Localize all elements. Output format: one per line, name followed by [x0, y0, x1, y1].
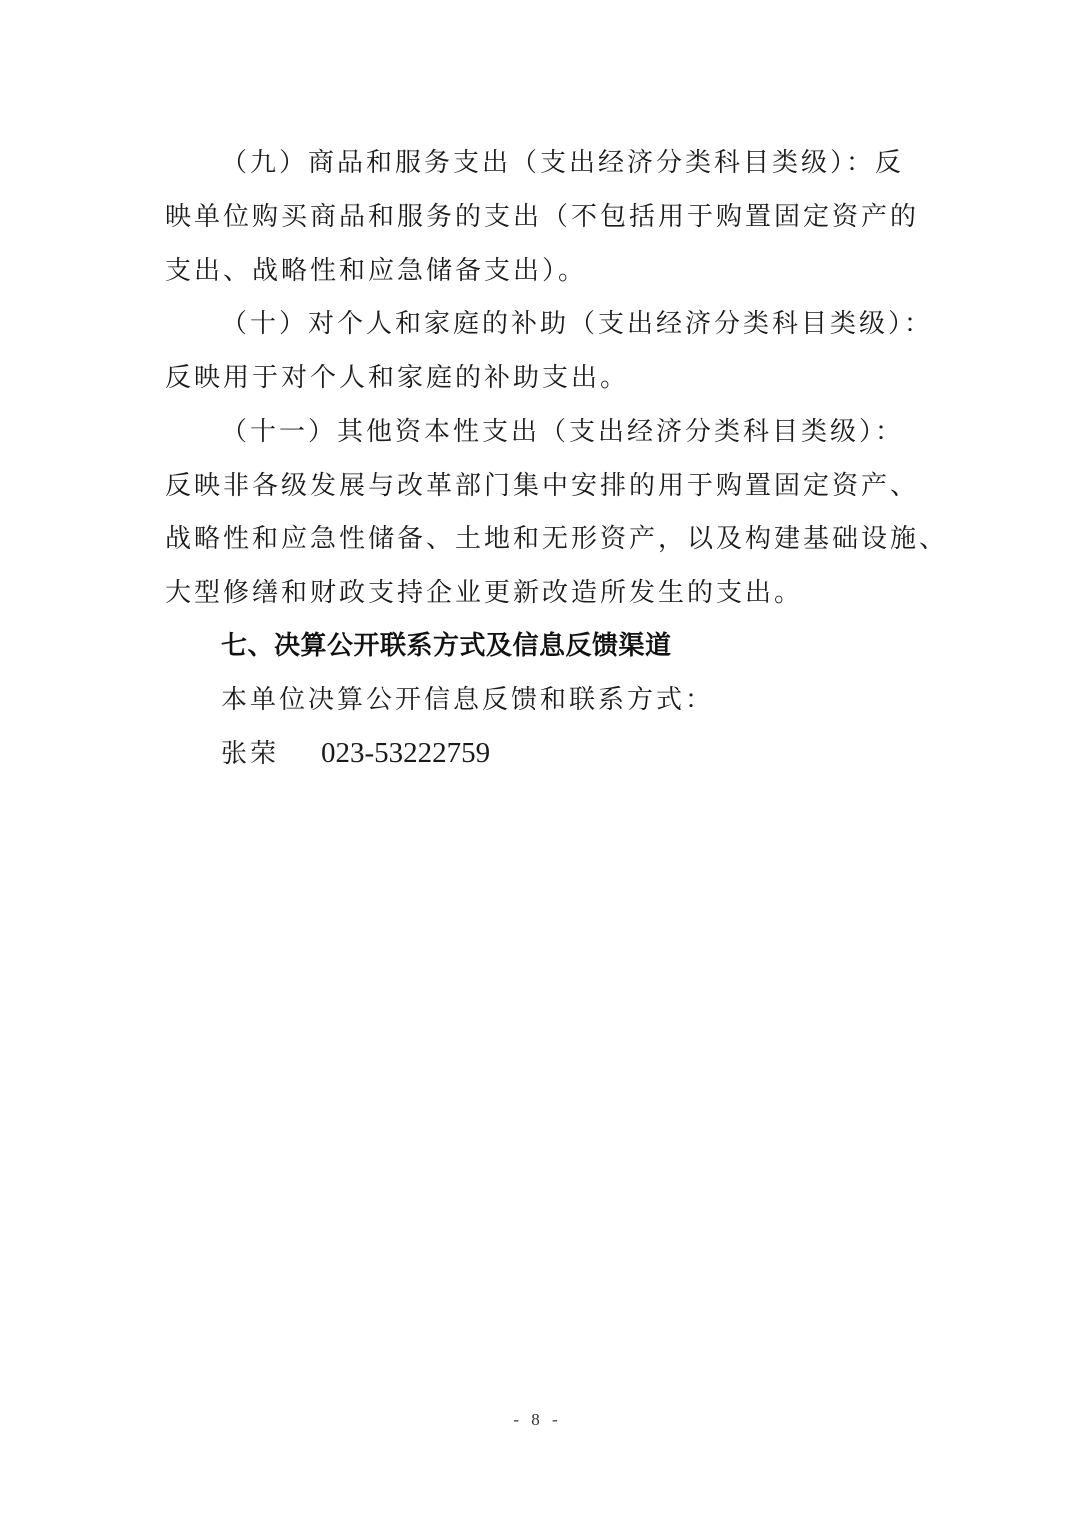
- item-11-body-line-3: 大型修缮和财政支持企业更新改造所发生的支出。: [165, 573, 925, 613]
- contact-phone: 023-53222759: [321, 737, 490, 769]
- item-9-body-line-1: 映单位购买商品和服务的支出（不包括用于购置固定资产的: [165, 197, 925, 237]
- item-9-title: （九）商品和服务支出（支出经济分类科目类级）：反: [221, 143, 981, 183]
- section-7-intro: 本单位决算公开信息反馈和联系方式：: [221, 680, 981, 720]
- item-10-body-line-1: 反映用于对个人和家庭的补助支出。: [165, 358, 925, 398]
- contact-line: 张荣023-53222759: [221, 733, 981, 773]
- item-10-title: （十）对个人和家庭的补助（支出经济分类科目类级）：: [221, 304, 981, 344]
- page-number: - 8 -: [0, 1410, 1075, 1430]
- item-9-body-line-2: 支出、战略性和应急储备支出）。: [165, 251, 925, 291]
- document-page: （九）商品和服务支出（支出经济分类科目类级）：反 映单位购买商品和服务的支出（不…: [0, 0, 1075, 1520]
- contact-name: 张荣: [221, 734, 321, 774]
- item-11-title: （十一）其他资本性支出（支出经济分类科目类级）：: [221, 412, 981, 452]
- item-11-body-line-1: 反映非各级发展与改革部门集中安排的用于购置固定资产、: [165, 466, 925, 506]
- item-11-body-line-2: 战略性和应急性储备、土地和无形资产，以及构建基础设施、: [165, 519, 925, 559]
- section-7-heading: 七、决算公开联系方式及信息反馈渠道: [221, 626, 981, 666]
